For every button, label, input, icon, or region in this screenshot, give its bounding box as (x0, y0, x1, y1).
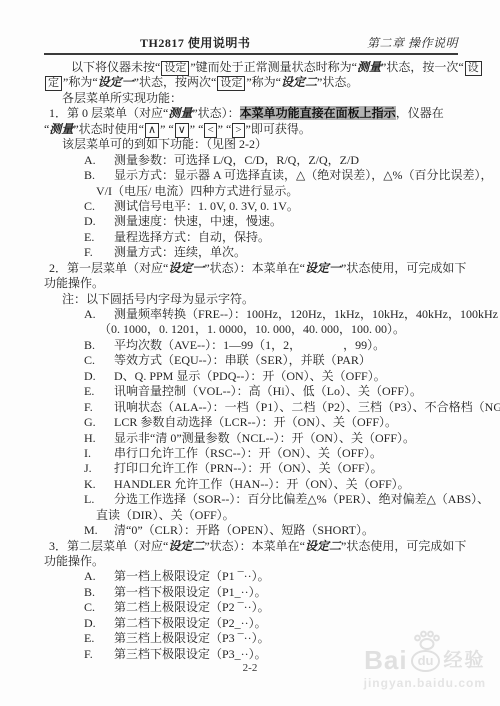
key-cap: 定 (45, 76, 62, 91)
text-line: J.打印口允许工作（PRN--）：开（ON）、关（OFF）。 (44, 461, 460, 476)
text-segment: 打印口允许工作（PRN--）：开（ON）、关（OFF）。 (114, 461, 383, 475)
text-segment: 测量速度：快速，中速，慢速。 (114, 214, 282, 228)
text-segment: 第二档下极限设定（P2_··）。 (114, 616, 267, 630)
list-letter: D. (84, 616, 114, 631)
list-letter: J. (84, 461, 114, 476)
text-segment: ” “ (160, 122, 174, 136)
text-line: A.测量参数：可选择 L/Q，C/D，R/Q，Z/Q，Z/D (44, 153, 460, 168)
text-segment: ，仪器在 (396, 106, 444, 120)
text-line: D.D、Q. PPM 显示（PDQ--）：开（ON）、关（OFF）。 (44, 369, 460, 384)
text-segment: 等效方式（EQU--）：串联（SER），并联（PAR） (114, 353, 371, 367)
state-name-text: 设定一 (168, 261, 204, 275)
list-letter: F. (84, 245, 114, 260)
key-cap: 设定 (217, 76, 245, 91)
text-line: D.第二档下极限设定（P2_··）。 (44, 616, 460, 631)
list-letter: E. (84, 230, 114, 245)
text-segment: （0. 1000，0. 1201，1. 0000，10. 000，40. 000… (99, 322, 405, 336)
state-name-text: 测量 (168, 106, 192, 120)
text-segment: 3．第二层菜单（对应“ (49, 539, 168, 553)
manual-page: TH2817 使用说明书 第二章 操作说明 以下将仪器未按“设定”键而处于正常测… (0, 0, 500, 706)
text-segment: 第二档上极限设定（P2 ¯··）。 (114, 600, 270, 614)
list-letter: C. (84, 353, 114, 368)
key-cap: ∨ (175, 123, 189, 138)
manual-title: TH2817 使用说明书 (140, 34, 250, 51)
text-segment: D、Q. PPM 显示（PDQ--）：开（ON）、关（OFF）。 (114, 369, 386, 383)
text-segment: 第三档下极限设定（P3_··）。 (114, 647, 267, 661)
text-line: V/I（电压/ 电流）四种方式进行显示。 (44, 184, 460, 199)
document-body: 以下将仪器未按“设定”键而处于正常测量状态时称为“测量”状态，按一次“设定”称为… (44, 60, 460, 662)
text-segment: ” “ (190, 122, 204, 136)
text-line: D.测量速度：快速，中速，慢速。 (44, 214, 460, 229)
key-cap: > (232, 123, 244, 138)
text-segment: ”状态时使用“ (73, 122, 144, 136)
text-segment: 2．第一层菜单（对应“ (49, 261, 168, 275)
text-line: H.显示非“清 0”测量参数（NCL--）：开（ON）、关（OFF）。 (44, 431, 460, 446)
text-line: 定”称为“设定一”状态，按两次“设定”称为“设定二”状态。 (44, 75, 460, 90)
text-line: A.测量频率转换（FRE--）：100Hz，120Hz，1kHz，10kHz，4… (44, 307, 460, 322)
text-line: 3．第二层菜单（对应“设定二”状态）：本菜单在“设定二”状态使用，可完成如下 (44, 539, 460, 554)
paw-icon (413, 630, 441, 650)
text-segment: ”状态，按两次“ (134, 75, 217, 89)
list-letter: H. (84, 431, 114, 446)
list-letter: A. (84, 153, 114, 168)
text-segment: 串行口允许工作（RSC--）：开（ON）、关（OFF）。 (114, 446, 382, 460)
list-letter: C. (84, 600, 114, 615)
state-name-text: 设定二 (305, 539, 341, 553)
text-line: I.串行口允许工作（RSC--）：开（ON）、关（OFF）。 (44, 446, 460, 461)
text-segment: 注：以下圆括号内字母为显示字符。 (62, 292, 254, 306)
text-line: 以下将仪器未按“设定”键而处于正常测量状态时称为“测量”状态，按一次“设 (44, 60, 460, 75)
text-segment: 测量参数：可选择 L/Q，C/D，R/Q，Z/Q，Z/D (114, 153, 359, 167)
text-segment: 讯响状态（ALA--）：一档（P1）、二档（P2）、三档（P3）、不合格档（NG… (114, 400, 500, 414)
list-letter: B. (84, 585, 114, 600)
text-line: 功能操作。 (44, 554, 460, 569)
text-line: “测量”状态时使用“∧” “∨” “<” “>”即可获得。 (44, 122, 460, 137)
text-segment: 第一档上极限设定（P1 ¯··）。 (114, 569, 270, 583)
text-segment: 各层菜单所实现功能： (62, 91, 182, 105)
text-line: B.平均次数（AVE--）：1—99（1，2， ，99）。 (44, 338, 460, 353)
highlighted-text: 本菜单功能直接在面板上指示 (240, 106, 396, 120)
text-segment: 测试信号电平：1. 0V, 0. 3V, 0. 1V。 (114, 199, 299, 213)
text-line: 直读（DIR）、关（OFF）。 (44, 508, 460, 523)
text-line: F.测量方式：连续，单次。 (44, 245, 460, 260)
key-cap: ∧ (145, 123, 159, 138)
text-line: L.分选工作选择（SOR--）：百分比偏差△%（PER）、绝对偏差△（ABS）、 (44, 492, 460, 507)
text-line: A.第一档上极限设定（P1 ¯··）。 (44, 569, 460, 584)
text-segment: 测量频率转换（FRE--）：100Hz，120Hz，1kHz，10kHz，40k… (114, 307, 498, 321)
text-line: 注：以下圆括号内字母为显示字符。 (44, 292, 460, 307)
text-segment: 该层菜单可的到如下功能：（见图 2-2） (62, 137, 267, 151)
state-name-text: 设定二 (281, 75, 317, 89)
list-letter: A. (84, 569, 114, 584)
list-letter: G. (84, 415, 114, 430)
text-segment: 1．第 0 层菜单（对应“ (49, 106, 168, 120)
text-segment: 平均次数（AVE--）：1—99（1，2， ，99）。 (114, 338, 385, 352)
watermark-url: jingyan.baidu.com (364, 676, 486, 690)
text-line: B.显示方式：显示器 A 可选择直读，△（绝对误差），△%（百分比误差）， (44, 168, 460, 183)
text-segment: 清“0”（CLR）：开路（OPEN）、短路（SHORT）。 (114, 523, 374, 537)
text-segment: 显示非“清 0”测量参数（NCL--）：开（ON）、关（OFF）。 (114, 431, 415, 445)
text-segment: ”称为“ (246, 75, 281, 89)
text-line: G.LCR 参数自动选择（LCR--）：开（ON）、关（OFF）。 (44, 415, 460, 430)
text-segment: 讯响音量控制（VOL--）：高（Hi）、低（Lo）、关（OFF）。 (114, 384, 422, 398)
baidu-jingyan-watermark: Bai du 经验 jingyan.baidu.com (364, 636, 486, 690)
header-rule (44, 53, 458, 55)
text-line: F.讯响状态（ALA--）：一档（P1）、二档（P2）、三档（P3）、不合格档（… (44, 400, 460, 415)
text-segment: ”状态。 (317, 75, 358, 89)
text-segment: 以下将仪器未按“ (71, 60, 160, 74)
key-cap: < (204, 123, 216, 138)
text-line: K.HANDLER 允许工作（HAN--）：开（ON）、关（OFF）。 (44, 477, 460, 492)
text-segment: ”键而处于正常测量状态时称为“ (190, 60, 357, 74)
text-segment: 测量方式：连续，单次。 (114, 245, 246, 259)
list-letter: F. (84, 647, 114, 662)
text-segment: 功能操作。 (44, 276, 104, 290)
text-segment: ”状态）： (192, 106, 239, 120)
list-letter: B. (84, 168, 114, 183)
text-segment: 第三档上极限设定（P3 ¯··）。 (114, 631, 270, 645)
state-name-text: 设定二 (168, 539, 204, 553)
state-name-text: 设定一 (305, 261, 341, 275)
state-name-text: 测量 (49, 122, 73, 136)
state-name-text: 测量 (357, 60, 381, 74)
key-cap: 设 (465, 61, 482, 76)
list-letter: D. (84, 214, 114, 229)
text-line: 1．第 0 层菜单（对应“测量”状态）：本菜单功能直接在面板上指示，仪器在 (44, 106, 460, 121)
text-line: 功能操作。 (44, 276, 460, 291)
text-segment: ”称为“ (63, 75, 98, 89)
baidu-du-badge: du (411, 636, 441, 672)
text-segment: ”状态使用，可完成如下 (341, 261, 466, 275)
text-line: 各层菜单所实现功能： (44, 91, 460, 106)
baidu-logo: Bai du 经验 (364, 636, 486, 672)
text-segment: ”状态）：本菜单在“ (204, 539, 305, 553)
list-letter: I. (84, 446, 114, 461)
text-segment: V/I（电压/ 电流）四种方式进行显示。 (96, 184, 298, 198)
text-line: C.等效方式（EQU--）：串联（SER），并联（PAR） (44, 353, 460, 368)
text-segment: 显示方式：显示器 A 可选择直读，△（绝对误差），△%（百分比误差）， (114, 168, 492, 182)
page-header: TH2817 使用说明书 第二章 操作说明 (44, 34, 458, 51)
text-line: M.清“0”（CLR）：开路（OPEN）、短路（SHORT）。 (44, 523, 460, 538)
list-letter: A. (84, 307, 114, 322)
text-segment: ”即可获得。 (246, 122, 311, 136)
text-segment: ” “ (218, 122, 232, 136)
text-segment: HANDLER 允许工作（HAN--）：开（ON）、关（OFF）。 (114, 477, 410, 491)
text-segment: ”状态使用，可完成如下 (341, 539, 466, 553)
list-letter: K. (84, 477, 114, 492)
text-line: B.第一档下极限设定（P1_··）。 (44, 585, 460, 600)
text-segment: 功能操作。 (44, 554, 104, 568)
text-segment: 量程选择方式：自动，保持。 (114, 230, 270, 244)
list-letter: C. (84, 199, 114, 214)
text-segment: LCR 参数自动选择（LCR--）：开（ON）、关（OFF）。 (114, 415, 397, 429)
list-letter: E. (84, 631, 114, 646)
list-letter: M. (84, 523, 114, 538)
list-letter: D. (84, 369, 114, 384)
text-line: （0. 1000，0. 1201，1. 0000，10. 000，40. 000… (44, 322, 460, 337)
key-cap: 设定 (161, 61, 189, 76)
text-line: C.第二档上极限设定（P2 ¯··）。 (44, 600, 460, 615)
text-line: E.量程选择方式：自动，保持。 (44, 230, 460, 245)
text-segment: ”状态）：本菜单在“ (204, 261, 305, 275)
state-name-text: 设定一 (98, 75, 134, 89)
text-line: E.讯响音量控制（VOL--）：高（Hi）、低（Lo）、关（OFF）。 (44, 384, 460, 399)
baidu-du-text: du (411, 650, 441, 672)
text-segment: 第一档下极限设定（P1_··）。 (114, 585, 267, 599)
text-line: C.测试信号电平：1. 0V, 0. 3V, 0. 1V。 (44, 199, 460, 214)
list-letter: B. (84, 338, 114, 353)
list-letter: F. (84, 400, 114, 415)
chapter-title: 第二章 操作说明 (367, 34, 458, 51)
text-segment: 分选工作选择（SOR--）：百分比偏差△%（PER）、绝对偏差△（ABS）、 (114, 492, 489, 506)
text-line: 该层菜单可的到如下功能：（见图 2-2） (44, 137, 460, 152)
text-segment: ”状态，按一次“ (381, 60, 464, 74)
list-letter: L. (84, 492, 114, 507)
baidu-logo-text: Bai (364, 648, 407, 672)
text-line: 2．第一层菜单（对应“设定一”状态）：本菜单在“设定一”状态使用，可完成如下 (44, 261, 460, 276)
list-letter: E. (84, 384, 114, 399)
text-segment: 直读（DIR）、关（OFF）。 (96, 508, 235, 522)
jingyan-logo-text: 经验 (443, 650, 485, 672)
